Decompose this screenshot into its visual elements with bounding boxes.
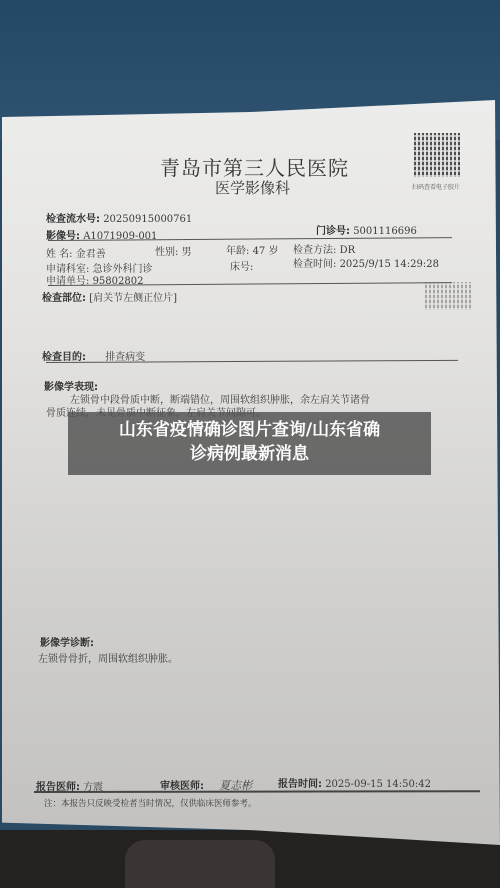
serial-label: 检查流水号: (46, 214, 100, 225)
qr-code-icon (414, 133, 460, 177)
body-part-value: [肩关节左侧正位片] (89, 293, 177, 304)
background-shadow (125, 840, 275, 888)
diagnosis-value: 左锁骨骨折，周围软组织肿胀。 (38, 650, 178, 665)
sex-row: 性别: 男 (155, 243, 192, 258)
disclaimer-note: 注：本报告只反映受检者当时情况，仅供临床医师参考。 (44, 797, 257, 809)
age-row: 年龄: 47 岁 (226, 242, 278, 257)
age-value: 47 岁 (253, 246, 279, 257)
outpatient-label: 门诊号: (316, 226, 350, 237)
patient-row: 姓 名: 金君善 (46, 245, 106, 260)
body-part-label: 检查部位: (42, 293, 86, 304)
serial-value: 20250915000761 (103, 214, 192, 225)
bed-row: 床号: (230, 258, 253, 273)
bed-label: 床号: (230, 262, 253, 273)
overlay-title-line-1: 山东省疫情确诊图片查询/山东省确 (68, 418, 431, 442)
name-label: 姓 名: (46, 249, 73, 260)
overlay-title-line-2: 诊病例最新消息 (68, 442, 431, 466)
overlay-title: 山东省疫情确诊图片查询/山东省确 诊病例最新消息 (68, 418, 431, 466)
qr-label: 扫码查看电子胶片 (412, 182, 460, 191)
outpatient-row: 门诊号: 5001116696 (316, 222, 417, 237)
report-time-value: 2025-09-15 14:50:42 (325, 779, 431, 790)
exam-time-value: 2025/9/15 14:29:28 (340, 259, 439, 270)
outpatient-value: 5001116696 (353, 226, 417, 237)
report-time-row: 报告时间: 2025-09-15 14:50:42 (278, 775, 431, 790)
serial-row: 检查流水号: 20250915000761 (46, 210, 192, 225)
department-name: 医学影像科 (215, 177, 290, 198)
sex-label: 性别: (155, 247, 178, 258)
report-time-label: 报告时间: (278, 779, 322, 790)
name-value: 金君善 (76, 249, 106, 260)
method-row: 检查方法: DR (293, 241, 355, 256)
title-overlay-banner: 山东省疫情确诊图片查询/山东省确 诊病例最新消息 (68, 412, 431, 475)
exam-time-row: 检查时间: 2025/9/15 14:29:28 (293, 255, 439, 270)
diagnosis-label: 影像学诊断: (40, 634, 94, 649)
exam-time-label: 检查时间: (293, 259, 336, 270)
age-label: 年龄: (226, 246, 249, 257)
body-part-row: 检查部位: [肩关节左侧正位片] (42, 289, 177, 304)
sex-value: 男 (182, 247, 192, 258)
qr-code-faint-icon (425, 282, 471, 310)
